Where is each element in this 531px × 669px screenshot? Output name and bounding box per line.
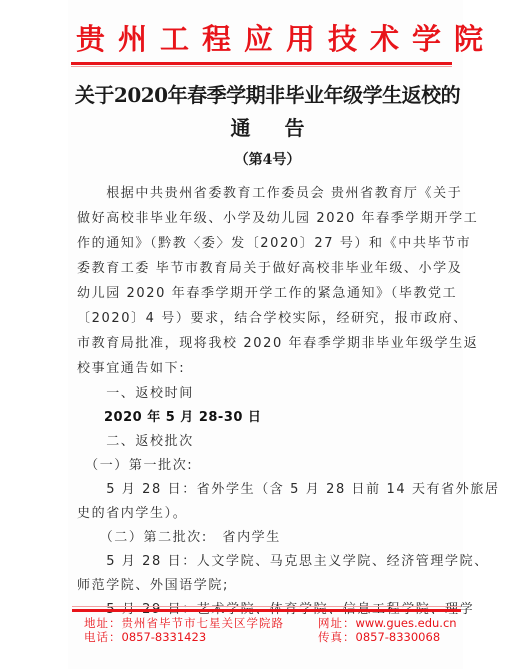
notice-title-char-1: 通 (231, 116, 251, 140)
phone-label: 电话： (84, 630, 122, 644)
fax-value: 0857-8330068 (356, 630, 441, 644)
body-line: 校事宜通告如下: (77, 360, 185, 378)
body-line: 师范学院、外国语学院; (77, 577, 229, 595)
footer-website: 网址：www.gues.edu.cn (318, 616, 457, 630)
batch-two-heading: （二）第二批次: 省内学生 (77, 529, 281, 547)
body-line: 市教育局批准，现将我校 2020 年春季学期非毕业年级学生返 (77, 335, 478, 353)
body-line: 5 月 28 日：省外学生（含 5 月 28 日前 14 天有省外旅居 (77, 481, 500, 499)
body-line: 〔2020〕4 号）要求，结合学校实际，经研究，报市政府、 (77, 310, 468, 328)
notice-title-char-2: 告 (285, 116, 305, 140)
website-label: 网址： (318, 616, 356, 630)
address-label: 地址： (84, 616, 122, 630)
body-line: 史的省内学生）。 (77, 505, 187, 523)
body-line: 幼儿园 2020 年春季学期开学工作的紧急通知》（毕教党工 (77, 285, 457, 303)
section-heading-return-batches: 二、返校批次 (77, 433, 194, 451)
notice-title: 关于2020年春季学期非毕业年级学生返校的 (70, 82, 465, 108)
notice-title-line2: 通告 (70, 115, 465, 141)
body-line: 作的通知》（黔教〈委〉发〔2020〕27 号）和《中共毕节市 (77, 235, 471, 253)
footer-fax: 传真：0857-8330068 (318, 630, 440, 644)
footer-red-rule-thin (72, 606, 461, 607)
body-line: 根据中共贵州省委教育工作委员会 贵州省教育厅《关于 (77, 185, 462, 203)
header-red-rule (71, 62, 452, 65)
website-value: www.gues.edu.cn (356, 616, 457, 630)
header-red-rule-thin (71, 66, 452, 67)
footer-phone: 电话：0857-8331423 (84, 630, 206, 644)
notice-number: （第4号） (70, 150, 465, 170)
footer-address: 地址：贵州省毕节市七星关区学院路 (84, 616, 284, 630)
return-date-range: 2020 年 5 月 28-30 日 (77, 409, 261, 427)
letterhead-institution-name: 贵州工程应用技术学院 (70, 22, 453, 56)
footer-red-rule (72, 609, 461, 612)
fax-label: 传真： (318, 630, 356, 644)
address-value: 贵州省毕节市七星关区学院路 (122, 616, 285, 630)
batch-one-heading: （一）第一批次: (77, 457, 193, 475)
phone-value: 0857-8331423 (122, 630, 207, 644)
body-line: 委教育工委 毕节市教育局关于做好高校非毕业年级、小学及 (77, 260, 462, 278)
body-line: 5 月 28 日：人文学院、马克思主义学院、经济管理学院、 (77, 553, 489, 571)
footer-contact: 地址：贵州省毕节市七星关区学院路 网址：www.gues.edu.cn 电话：0… (84, 616, 464, 644)
body-line: 做好高校非毕业年级、小学及幼儿园 2020 年春季学期开学工 (77, 210, 478, 228)
section-heading-return-time: 一、返校时间 (77, 385, 194, 403)
